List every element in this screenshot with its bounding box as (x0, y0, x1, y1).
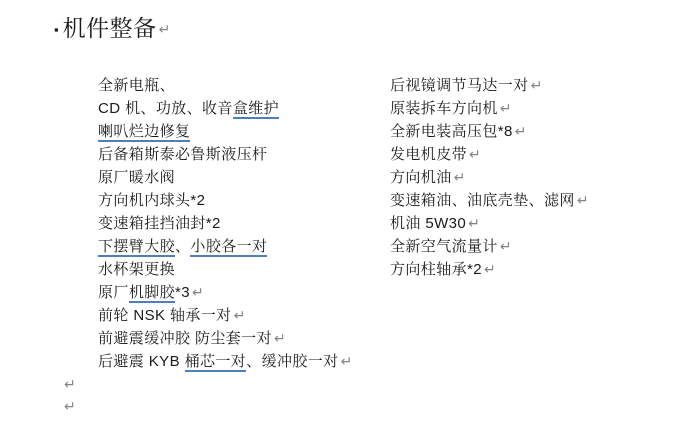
line-break-mark: ↵ (531, 78, 543, 94)
row-left-text: 变速箱挂挡油封*2 (98, 212, 390, 235)
line-break-mark: ↵ (500, 101, 512, 117)
text-run: 变速箱油、油底壳垫、滤网 (390, 192, 575, 209)
row-right-text: 发电机皮带↵ (390, 143, 700, 166)
line-break-mark: ↵ (515, 124, 527, 140)
text-row: CD 机、功放、收音盒维护原装拆车方向机↵ (98, 97, 700, 120)
row-right-text (390, 281, 700, 304)
line-break-mark: ↵ (64, 396, 76, 418)
row-left-text: 后备箱斯泰必鲁斯液压杆 (98, 143, 390, 166)
line-break-mark: ↵ (454, 170, 466, 186)
row-left-text: 原厂机脚胶*3↵ (98, 281, 390, 304)
empty-paragraphs: ↵↵ (64, 374, 76, 418)
row-left-text: 下摆臂大胶、小胶各一对 (98, 235, 390, 258)
line-break-mark: ↵ (577, 193, 589, 209)
row-right-text: 后视镜调节马达一对↵ (390, 74, 700, 97)
line-break-mark: ↵ (500, 239, 512, 255)
bullet-icon: ▪ (54, 23, 59, 36)
row-right-text: 变速箱油、油底壳垫、滤网↵ (390, 189, 700, 212)
row-left-text: 全新电瓶、 (98, 74, 390, 97)
document-page[interactable]: ▪ 机件整备 ↵ 全新电瓶、后视镜调节马达一对↵CD 机、功放、收音盒维护原装拆… (0, 0, 700, 426)
text-row: 后避震 KYB 桶芯一对、缓冲胶一对↵ (98, 350, 700, 373)
row-left-text: 后避震 KYB 桶芯一对、缓冲胶一对↵ (98, 350, 390, 373)
text-run: 原厂 (98, 284, 129, 301)
line-break-mark: ↵ (192, 285, 204, 301)
text-row: 前轮 NSK 轴承一对↵ (98, 304, 700, 327)
text-run: 前轮 NSK 轴承一对 (98, 307, 232, 324)
text-row: 后备箱斯泰必鲁斯液压杆发电机皮带↵ (98, 143, 700, 166)
text-run: *3 (175, 284, 190, 301)
row-right-text: 全新空气流量计↵ (390, 235, 700, 258)
text-row: 方向机内球头*2变速箱油、油底壳垫、滤网↵ (98, 189, 700, 212)
line-break-mark: ↵ (469, 147, 481, 163)
text-run: 发电机皮带 (390, 146, 467, 163)
text-run: 后备箱斯泰必鲁斯液压杆 (98, 146, 267, 163)
line-break-mark: ↵ (468, 216, 480, 232)
text-run: 前避震缓冲胶 防尘套一对 (98, 330, 272, 347)
row-right-text: 方向柱轴承*2↵ (390, 258, 700, 281)
text-run: CD 机、功放、收音 (98, 100, 233, 117)
text-run: 全新电瓶、 (98, 77, 175, 94)
line-break-mark: ↵ (234, 308, 246, 324)
text-run: 后视镜调节马达一对 (390, 77, 529, 94)
text-row: 原厂机脚胶*3↵ (98, 281, 700, 304)
underlined-text-run: 机脚胶 (129, 284, 175, 303)
text-run: 方向机油 (390, 169, 452, 186)
text-run: 、缓冲胶一对 (246, 353, 338, 370)
row-right-text: 方向机油↵ (390, 166, 700, 189)
text-run: 变速箱挂挡油封*2 (98, 215, 221, 232)
text-run: 方向机内球头*2 (98, 192, 205, 209)
underlined-text-run: 盒维护 (233, 100, 279, 119)
text-row: 下摆臂大胶、小胶各一对全新空气流量计↵ (98, 235, 700, 258)
row-right-text (390, 350, 700, 373)
line-break-mark: ↵ (159, 22, 171, 38)
text-row: 水杯架更换方向柱轴承*2↵ (98, 258, 700, 281)
row-left-text: 喇叭烂边修复 (98, 120, 390, 143)
underlined-text-run: 小胶各一对 (190, 238, 267, 257)
row-right-text: 原装拆车方向机↵ (390, 97, 700, 120)
text-row: 喇叭烂边修复全新电装高压包*8↵ (98, 120, 700, 143)
line-break-mark: ↵ (64, 374, 76, 396)
section-heading: ▪ 机件整备 ↵ (54, 13, 170, 43)
text-run: 原厂暖水阀 (98, 169, 175, 186)
text-row: 全新电瓶、后视镜调节马达一对↵ (98, 74, 700, 97)
underlined-text-run: 下摆臂大胶 (98, 238, 175, 257)
row-left-text: 原厂暖水阀 (98, 166, 390, 189)
line-break-mark: ↵ (484, 262, 496, 278)
line-break-mark: ↵ (341, 354, 353, 370)
text-row: 前避震缓冲胶 防尘套一对↵ (98, 327, 700, 350)
underlined-text-run: 喇叭烂边修复 (98, 123, 190, 142)
text-row: 变速箱挂挡油封*2机油 5W30↵ (98, 212, 700, 235)
text-run: 全新电装高压包*8 (390, 123, 513, 140)
text-row: 原厂暖水阀方向机油↵ (98, 166, 700, 189)
row-right-text (390, 327, 700, 350)
line-break-mark: ↵ (274, 331, 286, 347)
row-right-text: 全新电装高压包*8↵ (390, 120, 700, 143)
section-heading-text: 机件整备 (63, 13, 157, 43)
text-run: 全新空气流量计 (390, 238, 498, 255)
text-run: 后避震 KYB (98, 353, 185, 370)
row-left-text: 方向机内球头*2 (98, 189, 390, 212)
parts-list: 全新电瓶、后视镜调节马达一对↵CD 机、功放、收音盒维护原装拆车方向机↵喇叭烂边… (98, 74, 700, 373)
text-run: 、 (175, 238, 190, 255)
row-right-text (390, 304, 700, 327)
row-right-text: 机油 5W30↵ (390, 212, 700, 235)
row-left-text: 前轮 NSK 轴承一对↵ (98, 304, 390, 327)
text-run: 水杯架更换 (98, 261, 175, 278)
text-run: 机油 5W30 (390, 215, 466, 232)
underlined-text-run: 桶芯一对 (185, 353, 247, 372)
text-run: 方向柱轴承*2 (390, 261, 482, 278)
text-run: 原装拆车方向机 (390, 100, 498, 117)
row-left-text: 前避震缓冲胶 防尘套一对↵ (98, 327, 390, 350)
row-left-text: CD 机、功放、收音盒维护 (98, 97, 390, 120)
row-left-text: 水杯架更换 (98, 258, 390, 281)
